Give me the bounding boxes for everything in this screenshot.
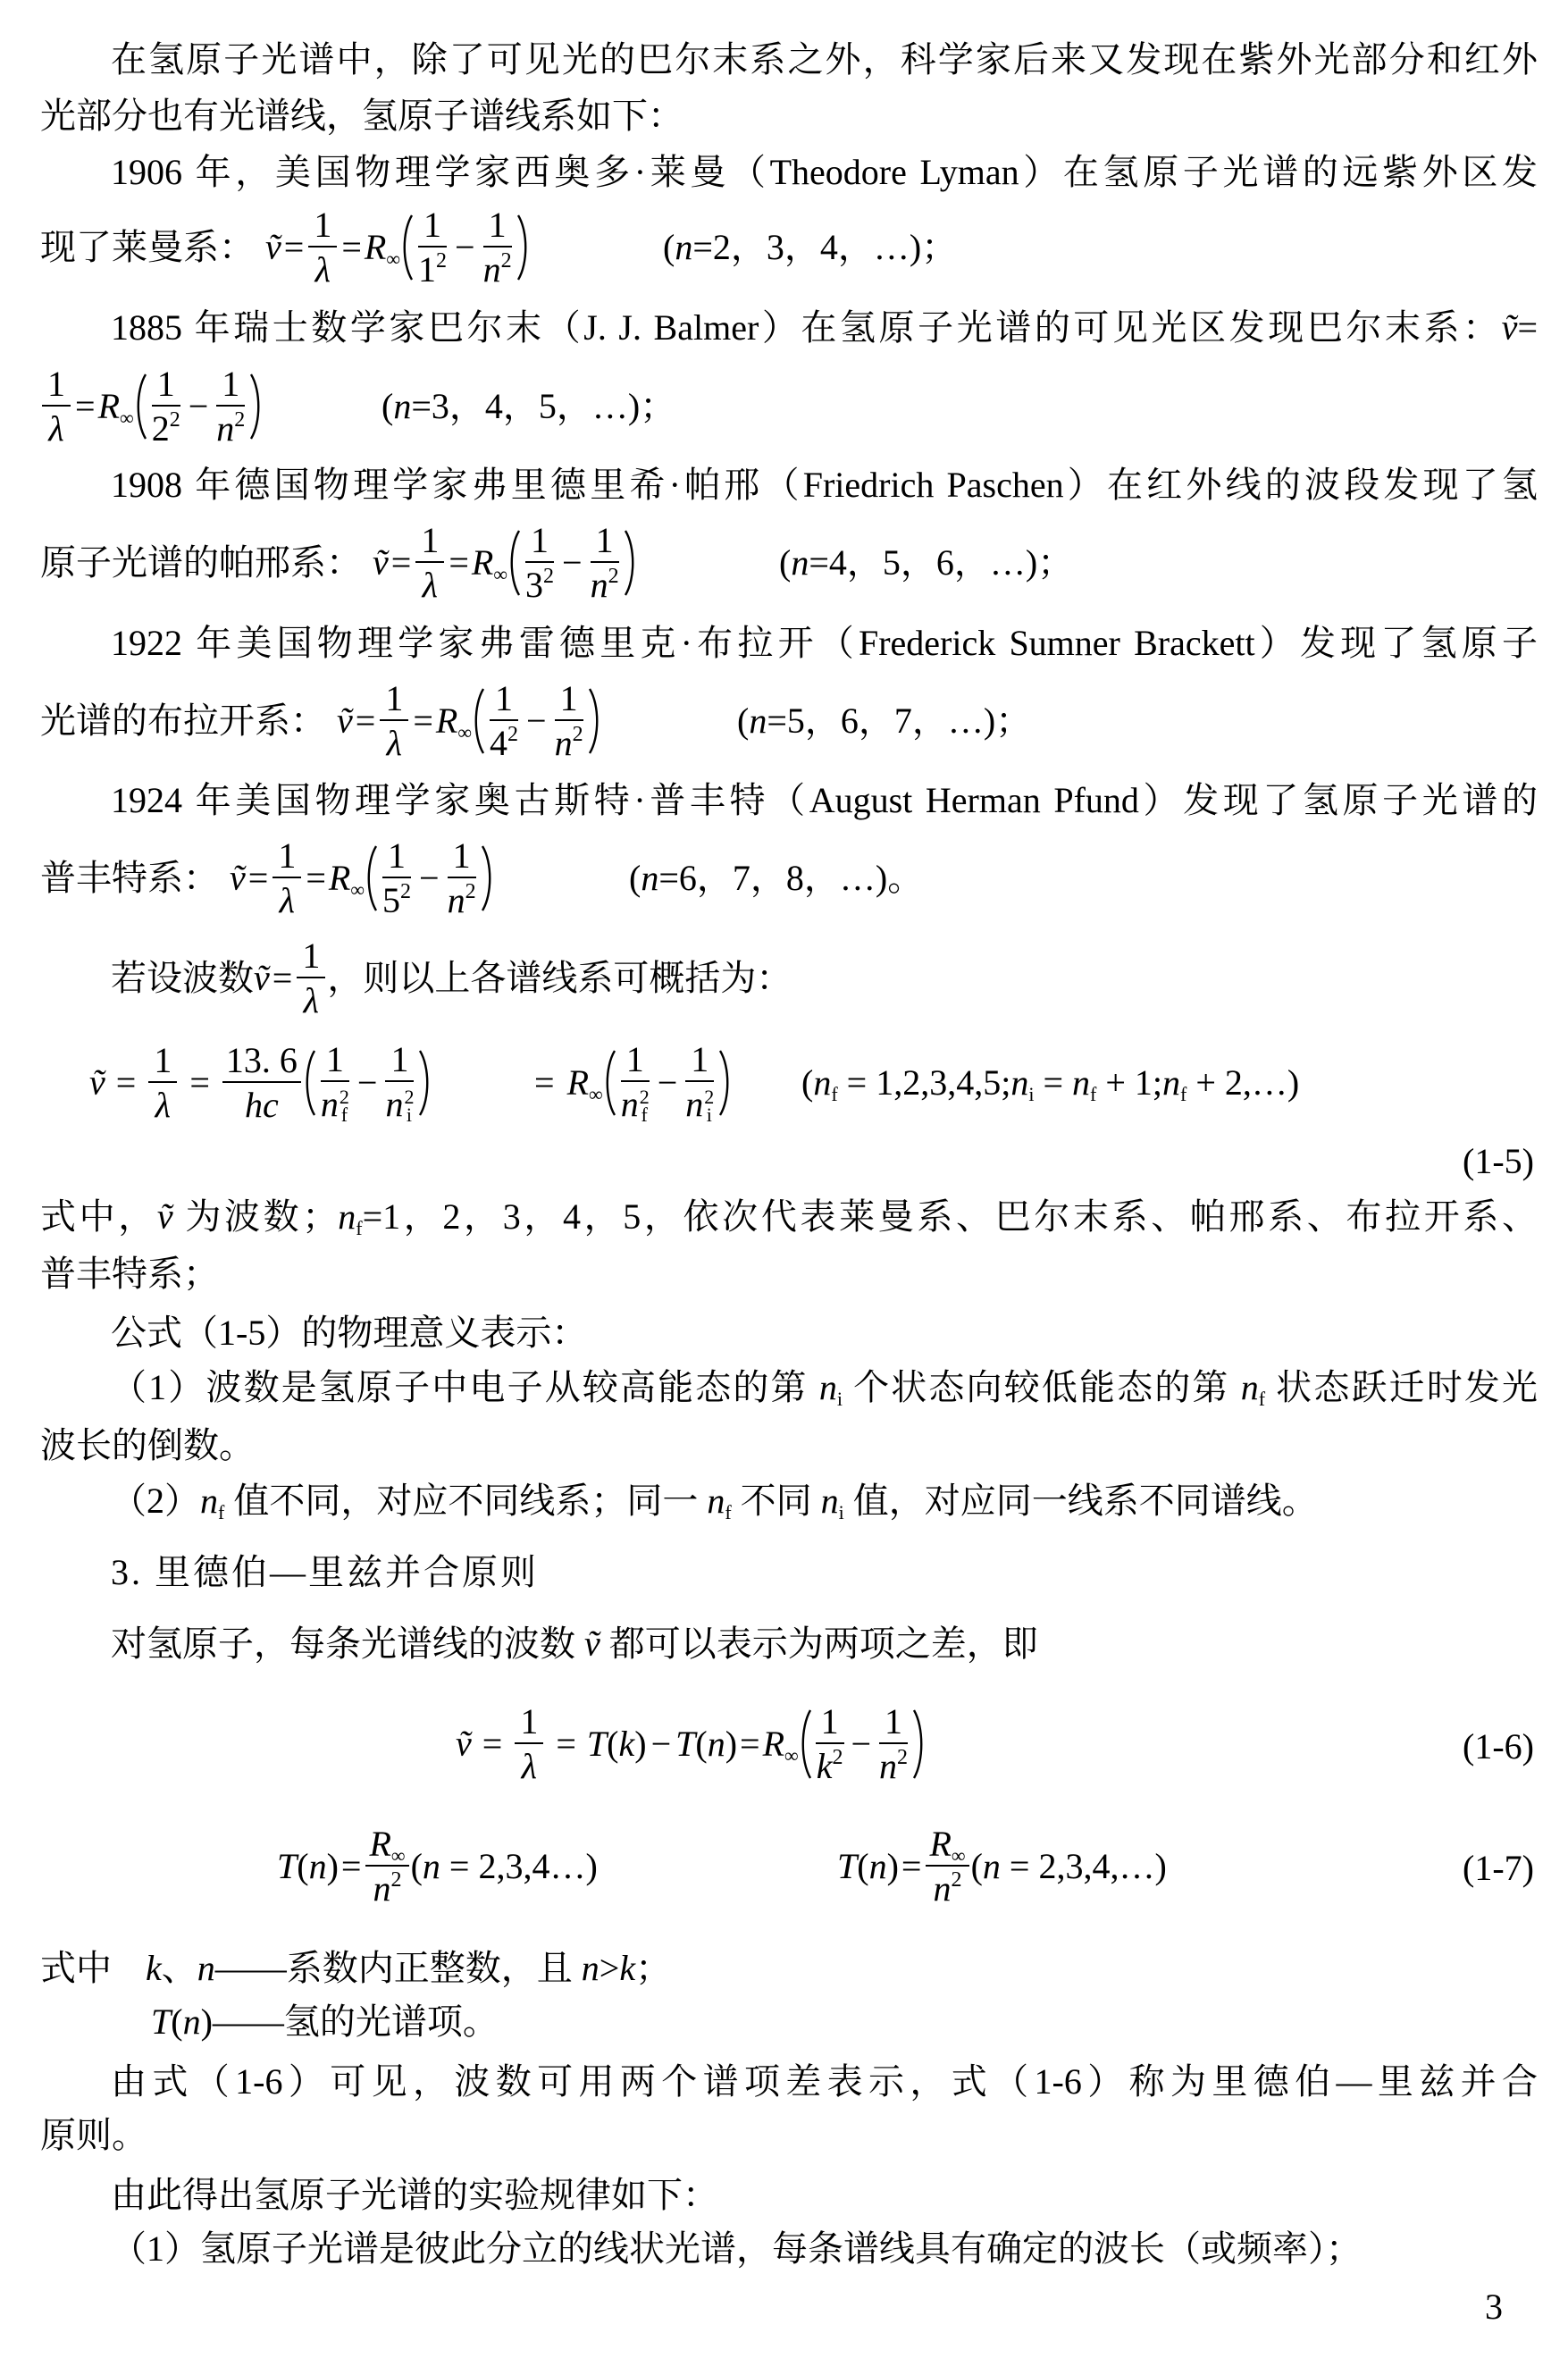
general-formula-part-2: = R∞ 1n2f − 1n2i [534, 1034, 732, 1132]
numerator: 1 [216, 366, 245, 407]
n-variable: n [555, 723, 573, 763]
subscript-f: f [356, 1217, 362, 1239]
denominator: n2 [482, 248, 514, 288]
minus-sign: − [189, 389, 209, 424]
text: 值不同，对应不同线系；同一 [224, 1481, 707, 1521]
nf-value: 5 [382, 880, 400, 920]
text: 公式（1-5）的物理意义表示： [111, 1313, 587, 1353]
T-symbol: T [837, 1846, 857, 1886]
intro-line-1: 在氢原子光谱中，除了可见光的巴尔末系之外，科学家后来又发现在紫外光部分和红外 [111, 31, 1538, 88]
big-right-paren [516, 214, 530, 281]
denominator: λ [385, 721, 404, 761]
n-variable: n [708, 1724, 725, 1764]
wavenumber-symbol: ṽ [584, 1624, 600, 1664]
numerator: 1 [382, 838, 411, 878]
nf-value: 1 [418, 249, 436, 290]
infinity-subscript: ∞ [386, 248, 400, 270]
equals-sign: = [556, 1726, 576, 1762]
paren: ( [607, 1724, 618, 1764]
numerator: 1 [152, 366, 180, 407]
fraction-one-over-lambda: 1λ [515, 1704, 543, 1784]
text: 式中， [40, 1196, 157, 1237]
lyman-formula: 现了莱曼系： ṽ = 1λ = R∞ 112 − 1n2 [40, 198, 530, 297]
minus-sign: − [851, 1726, 871, 1762]
nf-value: 2 [152, 408, 170, 449]
big-right-paren [480, 844, 494, 912]
big-right-paren [417, 1049, 432, 1117]
fraction-one-over-nf-squared: 132 [524, 523, 556, 603]
denominator: λ [154, 1083, 172, 1123]
n-variable: n [1162, 1062, 1180, 1103]
fraction-one-over-n-squared: 1n2 [214, 366, 247, 447]
text: > [600, 1948, 620, 1988]
condition: (n = 2,3,4…) [411, 1849, 598, 1884]
rydberg-constant: R∞ [567, 1065, 603, 1101]
equals-sign: = [341, 230, 362, 265]
minus-sign: − [658, 1065, 678, 1101]
n-variable: n [483, 249, 501, 290]
condition-text: = 1,2,3,4,5; [838, 1062, 1011, 1103]
numerator: 1 [297, 938, 325, 978]
numerator: 1 [879, 1704, 908, 1744]
subscript-i: i [404, 1106, 414, 1124]
text: 为波数； [173, 1196, 339, 1237]
text: 光部分也有光谱线，氢原子谱线系如下： [40, 96, 683, 136]
fraction-one-over-n-squared: 1n2 [482, 207, 514, 288]
condition-text: = 2,3,4…) [440, 1846, 598, 1886]
denominator: n2 [372, 1867, 404, 1907]
k-variable: k [619, 1948, 635, 1988]
condition: (n = 2,3,4,…) [971, 1849, 1167, 1884]
equals-sign: = [284, 230, 305, 265]
n-variable: n [1072, 1062, 1090, 1103]
denominator: n2 [214, 407, 247, 447]
minus-sign: − [562, 545, 583, 581]
balmer-range: (n=3，4，5，…)； [382, 357, 675, 456]
balmer-line-1: 1885 年瑞士数学家巴尔末（J. J. Balmer）在氢原子光谱的可见光区发… [111, 299, 1538, 357]
exponent: 2 [608, 565, 619, 588]
paren: ( [971, 1846, 983, 1886]
paschen-line-1: 1908 年德国物理学家弗里德里希·帕邢（Friedrich Paschen）在… [111, 457, 1538, 514]
text: 式中 [40, 1948, 112, 1988]
n-variable: n [183, 2001, 201, 2042]
minus-sign: − [651, 1726, 672, 1762]
denominator: λ [46, 407, 65, 447]
fraction-one-over-n-squared: 1n2 [446, 838, 478, 919]
big-right-paren [587, 687, 601, 755]
n-variable: n [675, 230, 692, 265]
general-formula-condition: (nf = 1,2,3,4,5;ni = nf + 1;nf + 2,…) [801, 1034, 1299, 1132]
denominator: n2f [319, 1082, 351, 1124]
fraction-one-over-nf-squared: 122 [150, 366, 182, 447]
equals-sign: = [356, 703, 376, 739]
exponent: 2 [501, 249, 512, 273]
text: ——系数内正整数，且 [215, 1948, 582, 1988]
rule-1: （1）氢原子光谱是彼此分立的线状光谱，每条谱线具有确定的波长（或频率）； [111, 2220, 1538, 2278]
meaning-item-1-line-2: 波长的倒数。 [40, 1417, 1538, 1474]
meaning-item-2: （2）nf 值不同，对应不同线系；同一 nf 不同 ni 值，对应同一线系不同谱… [111, 1473, 1538, 1530]
paren: ) [887, 1846, 899, 1886]
series-lead-text: 原子光谱的帕邢系： [40, 545, 362, 581]
paren: ( [171, 2001, 182, 2042]
wavenumber-symbol: ṽ [157, 1196, 173, 1237]
R-symbol: R [763, 1724, 784, 1764]
fraction-one-over-lambda: 1λ [42, 366, 71, 447]
nf-value: 4 [490, 723, 507, 763]
numerator: 1 [483, 207, 512, 248]
n-variable: n [1010, 1062, 1028, 1103]
denominator: λ [302, 978, 321, 1019]
fraction-R-over-n-squared: R∞n2 [926, 1826, 968, 1907]
text: （1）氢原子光谱是彼此分立的线状光谱，每条谱线具有确定的波长（或频率）； [111, 2228, 1362, 2269]
subscript-f: f [725, 1501, 731, 1523]
big-left-paren [799, 1708, 813, 1780]
minus-sign: − [455, 230, 475, 265]
explanation-line-1: 式中，ṽ 为波数；nf=1，2，3，4，5，依次代表莱曼系、巴尔末系、帕邢系、布… [40, 1188, 1538, 1246]
denominator: 22 [150, 407, 182, 447]
text: =1，2，3，4，5，依次代表莱曼系、巴尔末系、帕邢系、布拉开系、 [363, 1196, 1538, 1237]
T-symbol: T [675, 1724, 695, 1764]
text: 3. 里德伯—里兹并合原则 [111, 1552, 539, 1592]
infinity-subscript: ∞ [493, 563, 507, 585]
paren: ( [695, 1724, 707, 1764]
rydberg-constant: R∞ [365, 230, 400, 265]
paren: ( [629, 860, 641, 896]
condition-text: + 1; [1096, 1062, 1162, 1103]
R-symbol: R [436, 701, 457, 741]
series-lead-text: 光谱的布拉开系： [40, 703, 326, 739]
minus-sign: − [526, 703, 547, 739]
equals-sign: = [534, 1065, 555, 1101]
wavenumber-symbol: ṽ [265, 230, 281, 265]
text: ； [635, 1948, 671, 1988]
denominator: 52 [381, 878, 413, 919]
fraction-one-over-lambda: 1λ [308, 207, 337, 288]
rules-intro: 由此得出氢原子光谱的实验规律如下： [111, 2167, 1538, 2224]
text: 由此得出氢原子光谱的实验规律如下： [111, 2175, 718, 2215]
nf-value: 3 [525, 565, 543, 605]
text: (1-7) [1463, 1848, 1534, 1888]
numerator: 1 [148, 1043, 177, 1083]
text: 波长的倒数。 [40, 1425, 255, 1465]
wavenumber-symbol: ṽ [373, 545, 389, 581]
n-variable: n [621, 1084, 639, 1124]
infinity-subscript: ∞ [784, 1744, 799, 1766]
big-left-paren [507, 529, 522, 597]
n-variable: n [819, 1367, 837, 1407]
R-symbol: R [567, 1062, 589, 1103]
paren: ( [857, 1846, 868, 1886]
n-variable: n [685, 1084, 703, 1124]
numerator: 1 [273, 838, 301, 878]
denominator: n2f [619, 1082, 651, 1124]
text: 不同 [732, 1481, 821, 1521]
lyman-line-1: 1906 年，美国物理学家西奥多·莱曼（Theodore Lyman）在氢原子光… [111, 144, 1538, 201]
exponent: 2 [897, 1746, 908, 1769]
T-symbol: T [151, 2001, 171, 2042]
paren: ( [297, 1846, 308, 1886]
exponent: 2 [573, 723, 583, 746]
wavenumber-symbol: ṽ [456, 1726, 472, 1762]
denominator: hc [243, 1083, 281, 1123]
sup-sub: 2f [640, 1088, 650, 1124]
subscript-f: f [831, 1083, 837, 1105]
infinity-subscript: ∞ [457, 721, 472, 743]
paren: ( [663, 230, 675, 265]
equals-sign: = [273, 961, 293, 996]
text: 值，对应同一线系不同谱线。 [844, 1481, 1318, 1521]
numerator: 1 [685, 1042, 714, 1082]
infinity-subscript: ∞ [952, 1844, 966, 1867]
numerator: 1 [418, 207, 447, 248]
numerator: 1 [490, 681, 518, 721]
text: ——氢的光谱项。 [213, 2001, 499, 2042]
numerator: 1 [380, 681, 408, 721]
denominator: n2 [553, 721, 585, 761]
denominator: n2 [932, 1867, 964, 1907]
wavenumber-symbol: ṽ [1502, 307, 1518, 348]
fraction-one-over-lambda: 1λ [380, 681, 408, 761]
denominator: λ [314, 248, 332, 288]
n-variable: n [791, 545, 809, 581]
paschen-formula: 原子光谱的帕邢系： ṽ = 1λ = R∞ 132 − 1n2 [40, 514, 637, 612]
term-T-n: T(n) [837, 1849, 899, 1884]
numerator: 1 [321, 1042, 349, 1082]
n-variable: n [707, 1481, 725, 1521]
equals-sign: = [449, 545, 469, 581]
formula-1-7-part-1: T(n) = R∞n2 (n = 2,3,4…) [277, 1817, 598, 1916]
meaning-item-1: （1）波数是氢原子中电子从较高能态的第 ni 个状态向较低能态的第 nf 状态跃… [111, 1359, 1538, 1416]
numerator: 1 [621, 1042, 650, 1082]
n-variable: n [197, 1948, 215, 1988]
paren: ( [801, 1062, 813, 1103]
text: （2） [111, 1481, 200, 1521]
numerator: 1 [308, 207, 337, 248]
equals-sign: = [248, 860, 269, 896]
meaning-heading: 公式（1-5）的物理意义表示： [111, 1305, 1538, 1362]
big-right-paren [248, 373, 263, 441]
text: (1-5) [1463, 1141, 1534, 1181]
fraction-R-over-n-squared: R∞n2 [365, 1826, 408, 1907]
exponent: 2 [543, 565, 554, 588]
exponent: 2 [832, 1746, 843, 1769]
fraction-one-over-nf-squared: 142 [488, 681, 520, 761]
wavenumber-symbol: ṽ [89, 1065, 105, 1101]
section-heading: 3. 里德伯—里兹并合原则 [111, 1544, 1538, 1601]
paren: ( [737, 703, 749, 739]
denominator: n2i [683, 1082, 716, 1124]
numerator: 1 [591, 523, 619, 563]
denominator: λ [278, 878, 297, 919]
rydberg-constant: R∞ [472, 545, 507, 581]
n-variable: n [373, 1868, 391, 1909]
pfund-formula: 普丰特系： ṽ = 1λ = R∞ 152 − 1n2 [40, 829, 494, 927]
paren: ) [725, 1724, 737, 1764]
formula-1-6: ṽ = 1λ = T(k) − T(n) = R∞ 1k2 − 1n2 [456, 1695, 926, 1793]
exponent: 2 [436, 249, 447, 273]
fraction-one-over-n-squared: 1n2 [877, 1704, 910, 1784]
big-left-paren [303, 1049, 317, 1117]
big-left-paren [472, 687, 486, 755]
text: 由式（1-6）可见，波数可用两个谱项差表示，式（1-6）称为里德伯—里兹并合 [111, 2061, 1538, 2102]
general-formula-part-1: ṽ = 1λ = 13. 6hc 1n2f − 1n2i [89, 1034, 432, 1132]
formula-1-7-part-2: T(n) = R∞n2 (n = 2,3,4,…) [837, 1817, 1167, 1916]
term-T-n: T(n) [675, 1726, 737, 1762]
denominator: 32 [524, 563, 556, 603]
subscript-f: f [340, 1106, 349, 1124]
n-variable: n [641, 860, 658, 896]
paren: ) [327, 1846, 339, 1886]
n-variable: n [448, 880, 465, 920]
equation-number-1-6: (1-6) [1251, 1718, 1534, 1775]
denominator: λ [421, 563, 440, 603]
R-symbol: R [929, 1824, 951, 1864]
infinity-subscript: ∞ [589, 1083, 603, 1105]
wavenumber-symbol: ṽ [337, 703, 353, 739]
n-variable: n [309, 1846, 327, 1886]
page-number: 3 [1485, 2278, 1503, 2336]
conclusion-line-2: 原则。 [40, 2107, 1538, 2164]
fraction-one-over-n-squared: 1n2 [553, 681, 585, 761]
denominator: 12 [416, 248, 449, 288]
text: （1）波数是氢原子中电子从较高能态的第 [111, 1367, 819, 1407]
n-variable: n [983, 1846, 1001, 1886]
exponent: 2 [400, 880, 411, 903]
subscript-f: f [640, 1106, 650, 1124]
equation-number-1-5: (1-5) [1251, 1133, 1534, 1190]
denominator: n2 [446, 878, 478, 919]
numerator: 13. 6 [222, 1043, 301, 1083]
k-variable: k [618, 1724, 634, 1764]
brackett-formula: 光谱的布拉开系： ṽ = 1λ = R∞ 142 − 1n2 [40, 672, 601, 770]
conclusion-line-1: 由式（1-6）可见，波数可用两个谱项差表示，式（1-6）称为里德伯—里兹并合 [111, 2053, 1538, 2110]
numerator: 1 [415, 523, 444, 563]
sup-sub: 2i [704, 1088, 714, 1124]
rydberg-constant: R∞ [436, 703, 472, 739]
text: 3 [1485, 2287, 1503, 2327]
n-variable: n [869, 1846, 887, 1886]
n-variable: n [321, 1084, 339, 1124]
term-T-n: T(n) [277, 1849, 339, 1884]
fraction-one-over-ni-squared: 1n2i [383, 1042, 415, 1124]
term-definition: T(n)——氢的光谱项。 [151, 1993, 1538, 2051]
generalization-intro: 若设波数 ṽ = 1λ ，则以上各谱线系可概括为： [111, 929, 792, 1028]
fraction-one-over-nf-squared: 152 [381, 838, 413, 919]
R-symbol: R [369, 1824, 390, 1864]
text: 1906 年，美国物理学家西奥多·莱曼（Theodore Lyman）在氢原子光… [111, 152, 1538, 192]
section-intro: 对氢原子，每条光谱线的波数 ṽ 都可以表示为两项之差，即 [111, 1615, 1538, 1673]
equals-sign: = [116, 1065, 137, 1101]
equals-sign: = [901, 1849, 922, 1884]
big-right-paren [623, 529, 637, 597]
numerator: R∞ [365, 1826, 408, 1867]
denominator: n2i [383, 1082, 415, 1124]
text: 若设波数 [111, 961, 254, 996]
paren: ) [201, 2001, 213, 2042]
fraction-one-over-lambda: 1λ [297, 938, 325, 1019]
n-variable: n [216, 408, 234, 449]
document-page: 在氢原子光谱中，除了可见光的巴尔末系之外，科学家后来又发现在紫外光部分和红外 光… [0, 0, 1568, 2358]
pfund-line-1: 1924 年美国物理学家奥古斯特·普丰特（August Herman Pfund… [111, 772, 1538, 829]
k-variable: k [817, 1746, 833, 1786]
fraction-one-over-nf-squared: 1n2f [319, 1042, 351, 1124]
text: 都可以表示为两项之差，即 [600, 1624, 1038, 1664]
range-values: =2，3，4，…)； [692, 230, 957, 265]
condition-text: = [1034, 1062, 1072, 1103]
paren: ( [382, 389, 393, 424]
numerator: 1 [42, 366, 71, 407]
series-lead-text: 现了莱曼系： [40, 230, 255, 265]
equals-sign: = [413, 703, 433, 739]
range-values: =5，6，7，…)； [767, 703, 1031, 739]
n-variable: n [393, 389, 411, 424]
text: 1908 年德国物理学家弗里德里希·帕邢（Friedrich Paschen）在… [111, 465, 1538, 505]
text: 、 [162, 1948, 197, 1988]
n-variable: n [821, 1481, 839, 1521]
text: ，则以上各谱线系可概括为： [327, 961, 792, 996]
k-variable: k [146, 1948, 162, 1988]
where-clause: 式中k、n——系数内正整数，且 n>k； [40, 1940, 1538, 1997]
minus-sign: − [419, 860, 440, 896]
explanation-line-2: 普丰特系； [40, 1246, 1538, 1303]
fraction-one-over-nf-squared: 112 [416, 207, 449, 288]
R-symbol: R [98, 386, 120, 426]
wavenumber-symbol: ṽ [230, 860, 246, 896]
n-variable: n [423, 1846, 440, 1886]
text: 状态跃迁时发光 [1265, 1367, 1538, 1407]
equals-sign: = [391, 545, 412, 581]
rydberg-constant: R∞ [329, 860, 365, 896]
paschen-range: (n=4，5，6，…)； [779, 514, 1073, 612]
n-variable: n [200, 1481, 218, 1521]
n-variable: n [813, 1062, 831, 1103]
term-T-k: T(k) [587, 1726, 647, 1762]
T-symbol: T [277, 1846, 297, 1886]
fraction-one-over-n-squared: 1n2 [589, 523, 621, 603]
numerator: 1 [385, 1042, 414, 1082]
range-values: =4，5，6，…)； [809, 545, 1073, 581]
sup-sub: 2i [404, 1088, 414, 1124]
text: (1-6) [1463, 1726, 1534, 1766]
infinity-subscript: ∞ [350, 878, 365, 901]
exponent: 2 [391, 1868, 402, 1892]
exponent: 2 [234, 408, 245, 432]
denominator: λ [520, 1744, 539, 1784]
equals-sign: = [1517, 307, 1538, 348]
big-left-paren [400, 214, 415, 281]
text: 个状态向较低能态的第 [843, 1367, 1241, 1407]
fraction-one-over-nf-squared: 1n2f [619, 1042, 651, 1124]
n-variable: n [338, 1196, 356, 1237]
fraction-one-over-lambda: 1λ [415, 523, 444, 603]
brackett-line-1: 1922 年美国物理学家弗雷德里克·布拉开（Frederick Sumner B… [111, 615, 1538, 672]
equals-sign: = [306, 860, 326, 896]
minus-sign: − [357, 1065, 378, 1101]
fraction-one-over-ni-squared: 1n2i [683, 1042, 716, 1124]
condition-text: + 2,…) [1186, 1062, 1299, 1103]
infinity-subscript: ∞ [391, 1844, 406, 1867]
infinity-subscript: ∞ [120, 407, 134, 429]
denominator: n2 [589, 563, 621, 603]
equals-sign: = [740, 1726, 760, 1762]
exponent: 2 [465, 880, 476, 903]
text: 在氢原子光谱中，除了可见光的巴尔末系之外，科学家后来又发现在紫外光部分和红外 [111, 39, 1538, 80]
denominator: n2 [877, 1744, 910, 1784]
text: (nf = 1,2,3,4,5;ni = nf + 1;nf + 2,…) [801, 1065, 1299, 1101]
text: 1922 年美国物理学家弗雷德里克·布拉开（Frederick Sumner B… [111, 623, 1538, 663]
text: 原则。 [40, 2115, 147, 2155]
denominator: k2 [815, 1744, 845, 1784]
